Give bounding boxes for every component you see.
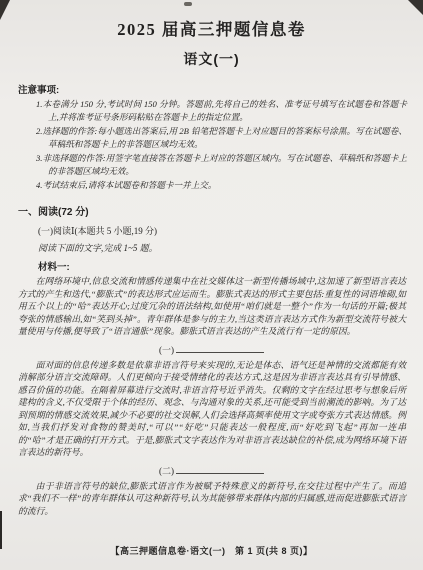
blank-subheading-1-label: (一): [159, 345, 174, 355]
material-paragraph-2: 面对面的信息传递多数是依靠非语言符号来实现的,无论是体态、语气还是神情的交流都能…: [18, 359, 406, 459]
scan-artifact-speck: [184, 2, 192, 6]
section-heading-reading: 一、阅读(72 分): [18, 203, 423, 218]
notice-item-text: 选择题的作答:每小题选出答案后,用 2B 铅笔把答题卡上对应题目的答案标号涂黑。…: [42, 126, 407, 149]
material-one-label: 材料一:: [38, 259, 423, 273]
notice-item-text: 考试结束后,请将本试题卷和答题卡一并上交。: [42, 180, 216, 190]
scanned-exam-page: 2025 届高三押题信息卷 语文(一) 注意事项: 1.本卷满分 150 分,考…: [0, 0, 423, 570]
page-subtitle: 语文(一): [0, 49, 423, 69]
notice-item: 2.选择题的作答:每小题选出答案后,用 2B 铅笔把答题卡上对应题目的答案标号涂…: [36, 125, 407, 151]
blank-line: [176, 465, 264, 474]
blank-line: [176, 344, 264, 353]
notice-item: 4.考试结束后,请将本试题卷和答题卡一并上交。: [36, 179, 407, 192]
notice-heading: 注意事项:: [18, 82, 423, 96]
notice-item: 3.非选择题的作答:用签字笔直接答在答题卡上对应的答题区域内。写在试题卷、草稿纸…: [36, 152, 407, 178]
scan-artifact-top-right: [408, 0, 423, 15]
blank-subheading-2-label: (二): [159, 466, 174, 476]
material-paragraph-1: 在网络环境中,信息交流和情感传递集中在社交媒体这一新型传播场域中,这加速了新型语…: [18, 275, 406, 338]
blank-subheading-1: (一): [0, 343, 423, 356]
notice-item-text: 非选择题的作答:用签字笔直接答在答题卡上对应的答题区域内。写在试题卷、草稿纸和答…: [42, 153, 407, 176]
reading-instruction: 阅读下面的文字,完成 1~5 题。: [38, 241, 423, 254]
notice-item: 1.本卷满分 150 分,考试时间 150 分钟。答题前,先将自己的姓名、准考证…: [36, 98, 407, 124]
blank-subheading-2: (二): [0, 464, 423, 477]
page-title: 2025 届高三押题信息卷: [0, 16, 423, 40]
page-footer: 【高三押题信息卷·语文(一) 第 1 页(共 8 页)】: [0, 544, 423, 557]
notice-item-text: 本卷满分 150 分,考试时间 150 分钟。答题前,先将自己的姓名、准考证号填…: [42, 99, 407, 122]
material-paragraph-3: 由于非语言符号的缺位,膨胀式语言作为被赋予特殊意义的新符号,在交往过程中产生了。…: [18, 480, 406, 518]
reading-part-heading: (一)阅读Ⅰ(本题共 5 小题,19 分): [38, 224, 423, 237]
